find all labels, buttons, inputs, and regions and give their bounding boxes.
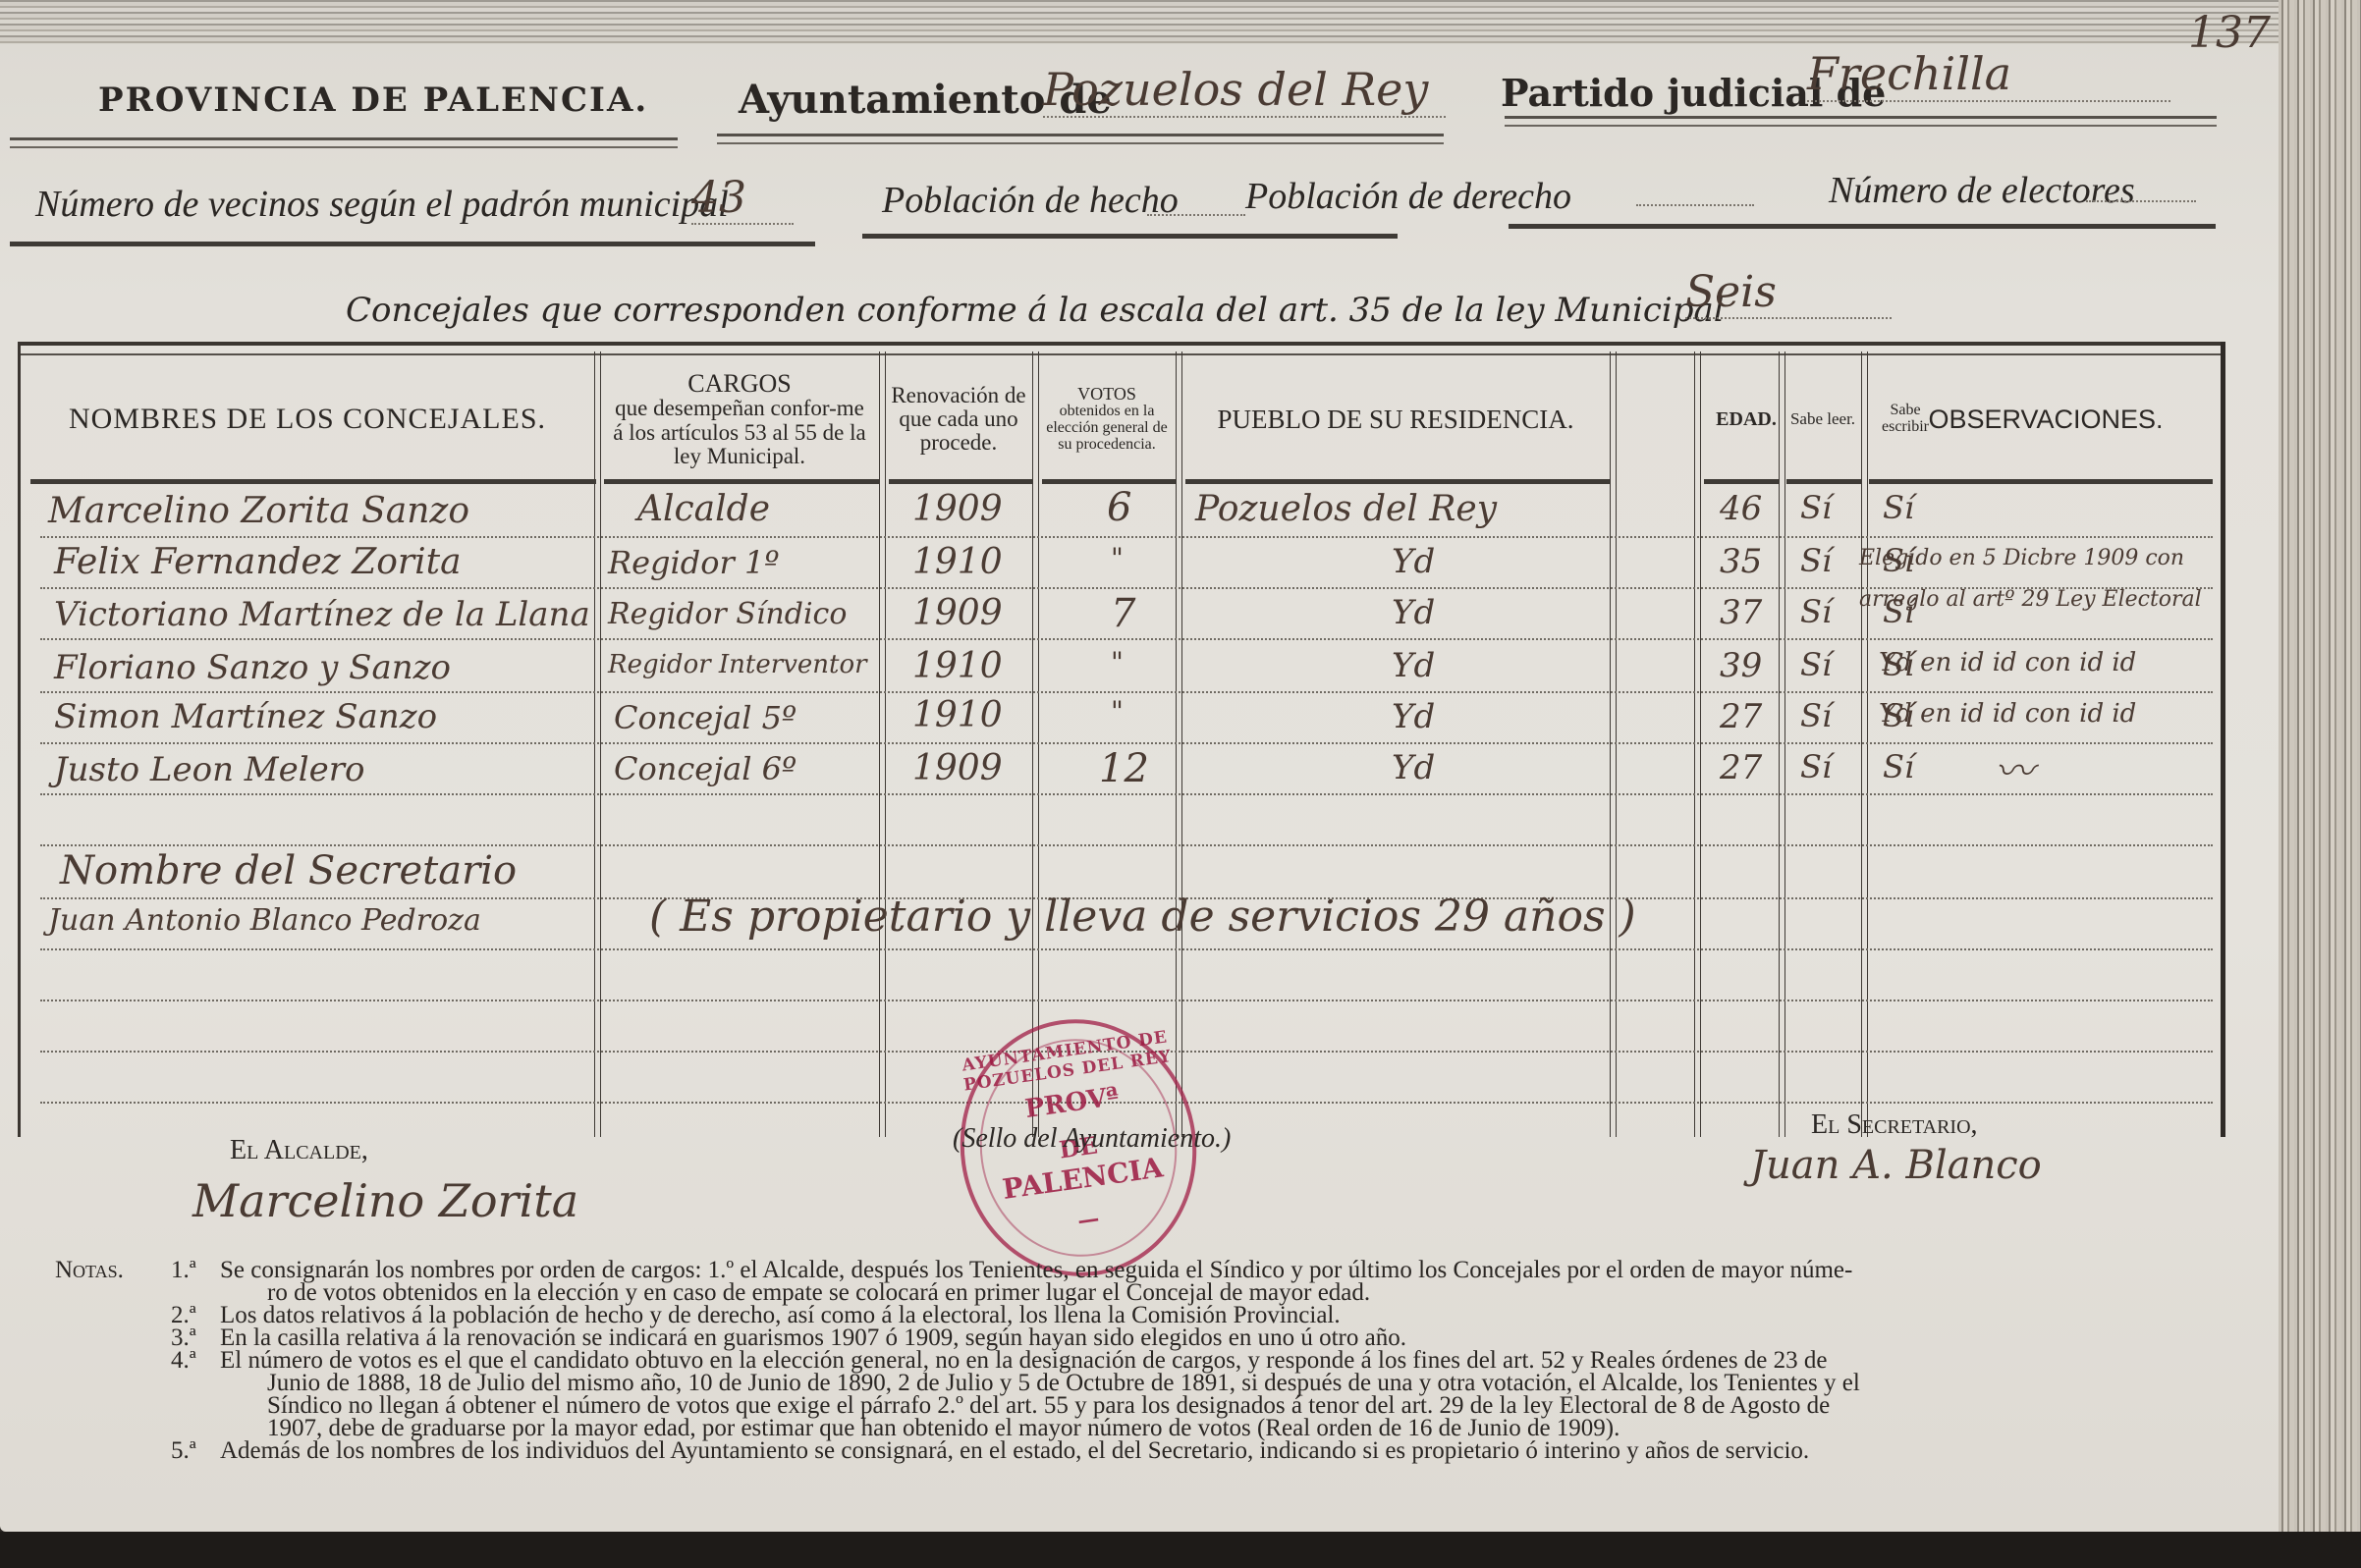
note-5: 5.ª Además de los nombres de los individ…	[55, 1439, 2235, 1462]
seal-caption: (Sello del Ayuntamiento.)	[953, 1123, 1231, 1155]
ayuntamiento-value: Pozuelos del Rey	[1043, 63, 1446, 118]
poblacion-hecho-label: Población de hecho	[882, 179, 1179, 222]
cell-renovacion: 1909	[912, 748, 1003, 788]
divider	[10, 137, 678, 148]
th-edad: EDAD.	[1700, 361, 1792, 477]
concejales-table: NOMBRES DE LOS CONCEJALES. CARGOS que de…	[18, 342, 2225, 1137]
cell-votos: 7	[1111, 591, 1135, 636]
cell-leer: Sí	[1800, 697, 1832, 734]
cell-observaciones: arreglo al artº 29 Ley Electoral	[1859, 587, 2202, 612]
th-observaciones: OBSERVACIONES.	[1869, 361, 2223, 477]
partido-value: Frechilla	[1807, 47, 2170, 102]
divider	[717, 134, 1444, 144]
folio-number: 137	[2188, 8, 2271, 58]
poblacion-hecho-value	[1147, 194, 1245, 216]
secretario-signature: Juan A. Blanco	[1750, 1143, 2042, 1188]
concejales-label: Concejales que corresponden conforme á l…	[346, 291, 1725, 330]
divider	[1505, 116, 2217, 127]
divider	[1509, 224, 2216, 229]
cell-observaciones: Elegido en 5 Dicbre 1909 con	[1859, 546, 2184, 570]
th-renovacion: Renovación de que cada uno procede.	[885, 361, 1032, 477]
cell-observaciones: Yd en id id con id id	[1879, 699, 2136, 729]
cell-edad: 46	[1720, 489, 1762, 528]
book-fore-edges	[2279, 0, 2361, 1532]
cell-edad: 35	[1720, 542, 1762, 581]
cell-leer: Sí	[1800, 593, 1832, 630]
note-1: Notas. 1.ª Se consignarán los nombres po…	[55, 1259, 2235, 1281]
th-sabe-leer: Sabe leer.	[1784, 361, 1861, 477]
concejales-value: Seis	[1685, 267, 1892, 319]
cell-votos: "	[1111, 695, 1124, 728]
cell-edad: 27	[1720, 697, 1762, 736]
cell-nombre: Victoriano Martínez de la Llana	[54, 595, 590, 634]
vecinos-label: Número de vecinos según el padrón munici…	[35, 183, 729, 226]
secretario-heading: Nombre del Secretario	[60, 848, 517, 893]
document-page: 137 PROVINCIA DE PALENCIA. Ayuntamiento …	[0, 0, 2288, 1532]
th-cargos: CARGOS que desempeñan confor-me á los ar…	[600, 361, 879, 477]
cell-nombre: Felix Fernandez Zorita	[54, 542, 462, 582]
divider	[10, 242, 815, 246]
cell-cargo: Alcalde	[637, 489, 770, 529]
cell-edad: 27	[1720, 748, 1762, 787]
cell-leer: Sí	[1800, 542, 1832, 579]
cell-pueblo: Yd	[1392, 542, 1435, 581]
cell-cargo: Regidor Interventor	[608, 650, 867, 679]
cell-pueblo: Yd	[1392, 646, 1435, 685]
secretario-label: El Secretario,	[1811, 1109, 1978, 1141]
cell-escribir: Sí	[1883, 748, 1914, 785]
th-nombres: NOMBRES DE LOS CONCEJALES.	[21, 361, 594, 477]
province-title: PROVINCIA DE PALENCIA.	[98, 81, 648, 120]
cell-pueblo: Yd	[1392, 593, 1435, 632]
closing-flourish: 〰	[1995, 740, 2034, 796]
cell-renovacion: 1910	[912, 542, 1003, 582]
cell-votos: 6	[1107, 485, 1131, 530]
notes-section: Notas. 1.ª Se consignarán los nombres po…	[55, 1259, 2235, 1462]
alcalde-signature: Marcelino Zorita	[192, 1174, 578, 1227]
cell-leer: Sí	[1800, 646, 1832, 683]
cell-renovacion: 1910	[912, 695, 1003, 735]
cell-leer: Sí	[1800, 748, 1832, 785]
cell-pueblo: Pozuelos del Rey	[1195, 489, 1497, 529]
electores-value	[2086, 181, 2196, 202]
cell-renovacion: 1909	[912, 593, 1003, 633]
cell-pueblo: Yd	[1392, 697, 1435, 736]
background-shadow	[0, 1532, 2361, 1568]
note-3: 3.ª En la casilla relativa á la renovaci…	[55, 1326, 2235, 1349]
cell-cargo: Regidor Síndico	[608, 597, 847, 631]
secretario-name: Juan Antonio Blanco Pedroza	[48, 903, 481, 938]
alcalde-label: El Alcalde,	[230, 1135, 368, 1166]
cell-escribir: Sí	[1883, 489, 1914, 526]
cell-pueblo: Yd	[1392, 748, 1435, 787]
cell-leer: Sí	[1800, 489, 1832, 526]
page-top-edge	[0, 0, 2288, 44]
th-votos: VOTOS obtenidos en la elección general d…	[1038, 361, 1176, 477]
secretario-note: ( Es propietario y lleva de servicios 29…	[649, 892, 1636, 942]
th-pueblo: PUEBLO DE SU RESIDENCIA.	[1181, 361, 1610, 477]
cell-nombre: Floriano Sanzo y Sanzo	[54, 648, 451, 687]
cell-votos: 12	[1099, 746, 1149, 791]
divider	[862, 234, 1398, 239]
cell-renovacion: 1910	[912, 646, 1003, 686]
poblacion-derecho-label: Población de derecho	[1245, 175, 1571, 218]
vecinos-value: 43	[691, 173, 794, 225]
cell-renovacion: 1909	[912, 489, 1003, 529]
cell-nombre: Justo Leon Melero	[54, 750, 364, 789]
note-2: 2.ª Los datos relativos á la población d…	[55, 1304, 2235, 1326]
cell-observaciones: Yd en id id con id id	[1879, 648, 2136, 677]
note-4: 4.ª El número de votos es el que el cand…	[55, 1349, 2235, 1372]
cell-cargo: Regidor 1º	[608, 544, 779, 581]
cell-votos: "	[1111, 542, 1124, 574]
cell-cargo: Concejal 5º	[614, 699, 796, 736]
cell-nombre: Marcelino Zorita Sanzo	[48, 491, 469, 531]
cell-cargo: Concejal 6º	[614, 750, 796, 787]
cell-edad: 39	[1720, 646, 1762, 685]
cell-votos: "	[1111, 646, 1124, 678]
cell-nombre: Simon Martínez Sanzo	[54, 697, 437, 736]
cell-edad: 37	[1720, 593, 1762, 632]
table-top-rule	[21, 342, 2221, 355]
poblacion-derecho-value	[1636, 185, 1754, 206]
